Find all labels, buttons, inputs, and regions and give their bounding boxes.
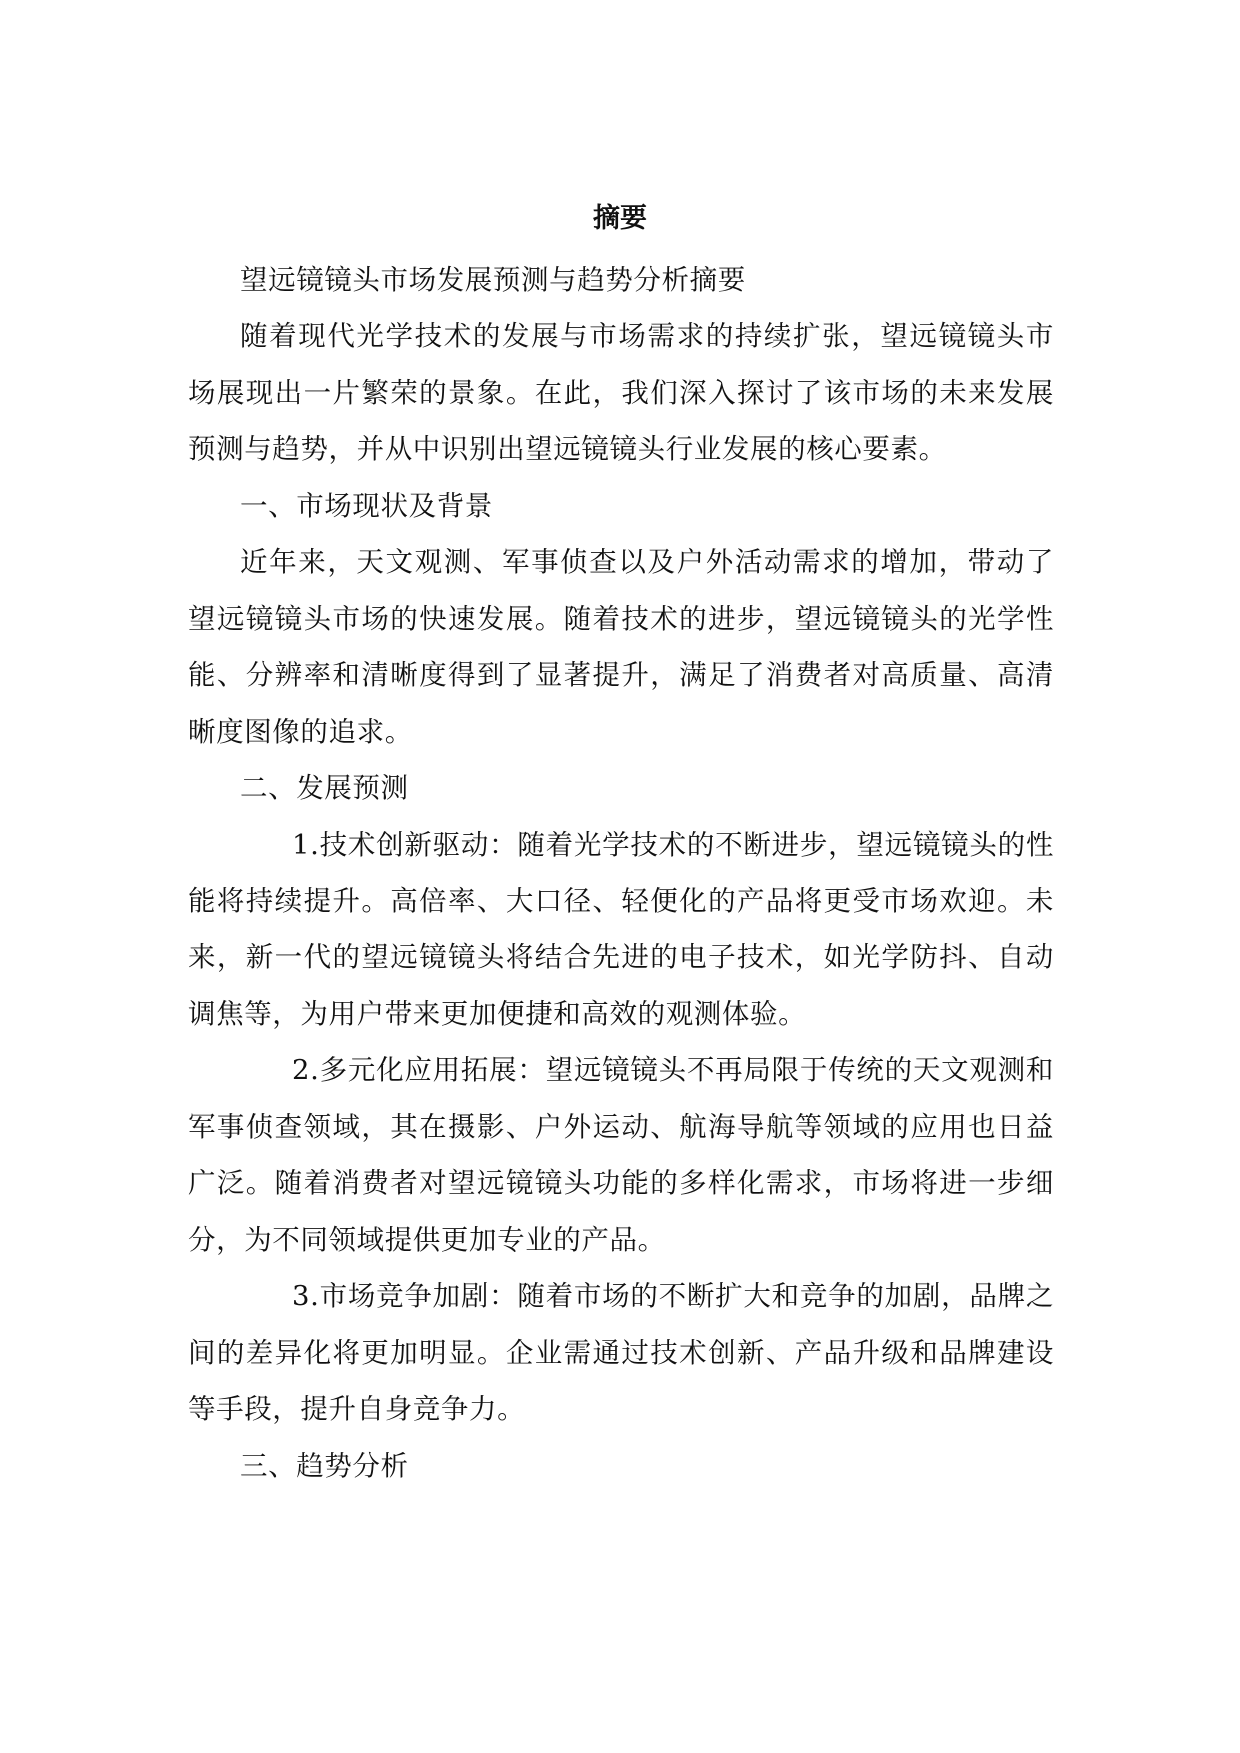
document-page: 摘要 望远镜镜头市场发展预测与趋势分析摘要 随着现代光学技术的发展与市场需求的持… <box>0 0 1240 1753</box>
section-heading-1: 一、市场现状及背景 <box>188 478 1054 534</box>
section-heading-3: 三、趋势分析 <box>188 1438 1054 1494</box>
intro-paragraph: 随着现代光学技术的发展与市场需求的持续扩张，望远镜镜头市场展现出一片繁荣的景象。… <box>188 308 1054 477</box>
document-body: 望远镜镜头市场发展预测与趋势分析摘要 随着现代光学技术的发展与市场需求的持续扩张… <box>188 252 1054 1494</box>
forecast-item-2: 2.多元化应用拓展：望远镜镜头不再局限于传统的天文观测和军事侦查领域，其在摄影、… <box>188 1042 1054 1268</box>
forecast-item-3: 3.市场竞争加剧：随着市场的不断扩大和竞争的加剧，品牌之间的差异化将更加明显。企… <box>188 1268 1054 1437</box>
page-title: 摘要 <box>0 199 1240 239</box>
section-heading-2: 二、发展预测 <box>188 760 1054 816</box>
section-1-paragraph: 近年来，天文观测、军事侦查以及户外活动需求的增加，带动了望远镜镜头市场的快速发展… <box>188 534 1054 760</box>
forecast-item-1: 1.技术创新驱动：随着光学技术的不断进步，望远镜镜头的性能将持续提升。高倍率、大… <box>188 817 1054 1043</box>
subtitle-paragraph: 望远镜镜头市场发展预测与趋势分析摘要 <box>188 252 1054 308</box>
